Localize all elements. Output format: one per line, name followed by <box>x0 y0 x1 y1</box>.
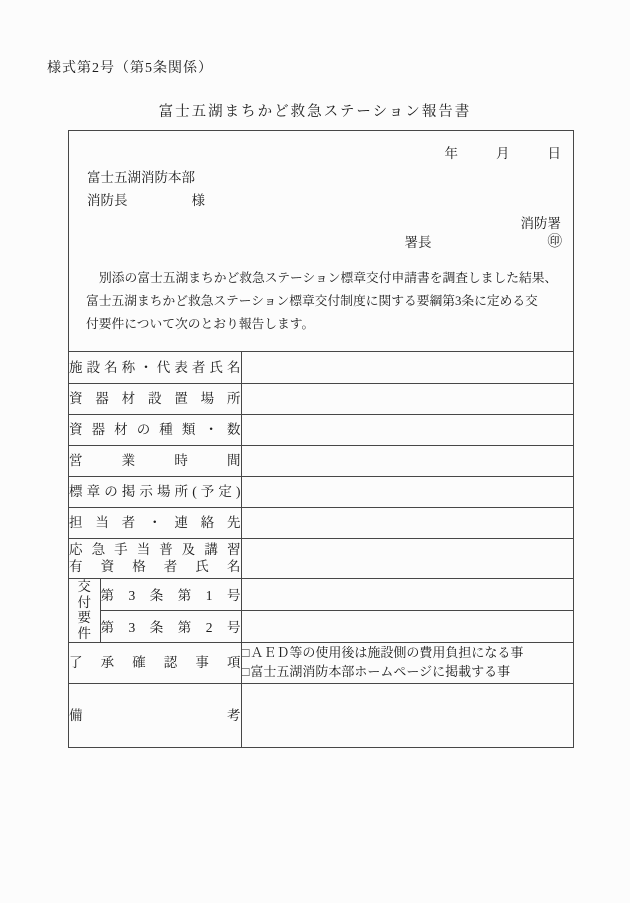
table-row: 資器材設置場所 <box>69 383 573 414</box>
recipient-line: 消防長 様 <box>87 189 205 209</box>
agreement-item: □ ＡＥＤ等の使用後は施設側の費用負担になる事 <box>242 644 574 663</box>
letter-head: 年 月 日 富士五湖消防本部 消防長 様 消防署 署長 ㊞ 別添の富士五湖まちか… <box>69 131 573 352</box>
row-label: 資器材の種類・数 <box>69 414 241 445</box>
row-value-cell <box>241 538 573 578</box>
agreement-item-text: 富士五湖消防本部ホームページに掲載する事 <box>250 663 510 682</box>
row-label: 第3条第2号 <box>100 610 241 642</box>
row-label: 標章の掲示場所(予定) <box>69 476 241 507</box>
year-label: 年 <box>445 142 459 162</box>
report-sheet: 年 月 日 富士五湖消防本部 消防長 様 消防署 署長 ㊞ 別添の富士五湖まちか… <box>68 130 574 748</box>
table-row: 標章の掲示場所(予定) <box>69 476 573 507</box>
letter-body: 別添の富士五湖まちかど救急ステーション標章交付申請書を調査しました結果、 富士五… <box>86 267 559 336</box>
row-value-cell <box>241 352 573 383</box>
checkbox-icon: □ <box>242 663 250 682</box>
day-label: 日 <box>548 142 562 162</box>
honorific-label: 様 <box>192 189 206 209</box>
row-label: 備考 <box>69 683 241 747</box>
row-value-cell <box>241 610 573 642</box>
row-label: 担当者・連絡先 <box>69 507 241 538</box>
row-label: 資器材設置場所 <box>69 383 241 414</box>
table-row: 担当者・連絡先 <box>69 507 573 538</box>
sender-org: 消防署 <box>521 212 562 232</box>
row-label: 施設名称・代表者氏名 <box>69 352 241 383</box>
row-value-cell <box>241 383 573 414</box>
form-number: 様式第2号（第5条関係） <box>47 57 213 77</box>
agreement-item-text: ＡＥＤ等の使用後は施設側の費用負担になる事 <box>250 644 523 663</box>
table-row: 応急手当普及講習 有資格者氏名 <box>69 538 573 578</box>
month-label: 月 <box>496 142 510 162</box>
sender-title: 署長 <box>405 231 432 251</box>
checkbox-icon: □ <box>242 644 250 663</box>
page-title: 富士五湖まちかど救急ステーション報告書 <box>0 100 630 121</box>
table-row-grant-2: 第3条第2号 <box>69 610 573 642</box>
table-row: 施設名称・代表者氏名 <box>69 352 573 383</box>
row-value-cell <box>241 445 573 476</box>
row-label: 応急手当普及講習 有資格者氏名 <box>69 538 241 578</box>
grant-requirements-group-label: 交 付 要 件 <box>69 578 100 642</box>
document-page: 様式第2号（第5条関係） 富士五湖まちかど救急ステーション報告書 年 月 日 富… <box>0 0 630 903</box>
row-label: 第3条第1号 <box>100 578 241 610</box>
row-value-cell <box>241 476 573 507</box>
table-row-grant-1: 交 付 要 件 第3条第1号 <box>69 578 573 610</box>
seal-stamp-icon: ㊞ <box>548 230 563 251</box>
row-label: 営業時間 <box>69 445 241 476</box>
table-row: 資器材の種類・数 <box>69 414 573 445</box>
sender-line: 署長 ㊞ <box>405 230 563 251</box>
row-value-cell <box>241 578 573 610</box>
row-value-cell <box>241 414 573 445</box>
recipient-org: 富士五湖消防本部 <box>87 166 195 186</box>
report-table: 施設名称・代表者氏名 資器材設置場所 資器材の種類・数 営業時間 標章の掲示場所… <box>69 352 573 747</box>
row-value-cell <box>241 683 573 747</box>
recipient-title: 消防長 <box>87 189 128 209</box>
table-row-remarks: 備考 <box>69 683 573 747</box>
date-line: 年 月 日 <box>445 142 562 162</box>
table-row-agreement: 了承確認事項 □ ＡＥＤ等の使用後は施設側の費用負担になる事 □ 富士五湖消防本… <box>69 642 573 683</box>
row-label: 了承確認事項 <box>69 642 241 683</box>
agreement-items-cell: □ ＡＥＤ等の使用後は施設側の費用負担になる事 □ 富士五湖消防本部ホームページ… <box>241 642 573 683</box>
row-value-cell <box>241 507 573 538</box>
agreement-item: □ 富士五湖消防本部ホームページに掲載する事 <box>242 663 574 682</box>
table-row: 営業時間 <box>69 445 573 476</box>
